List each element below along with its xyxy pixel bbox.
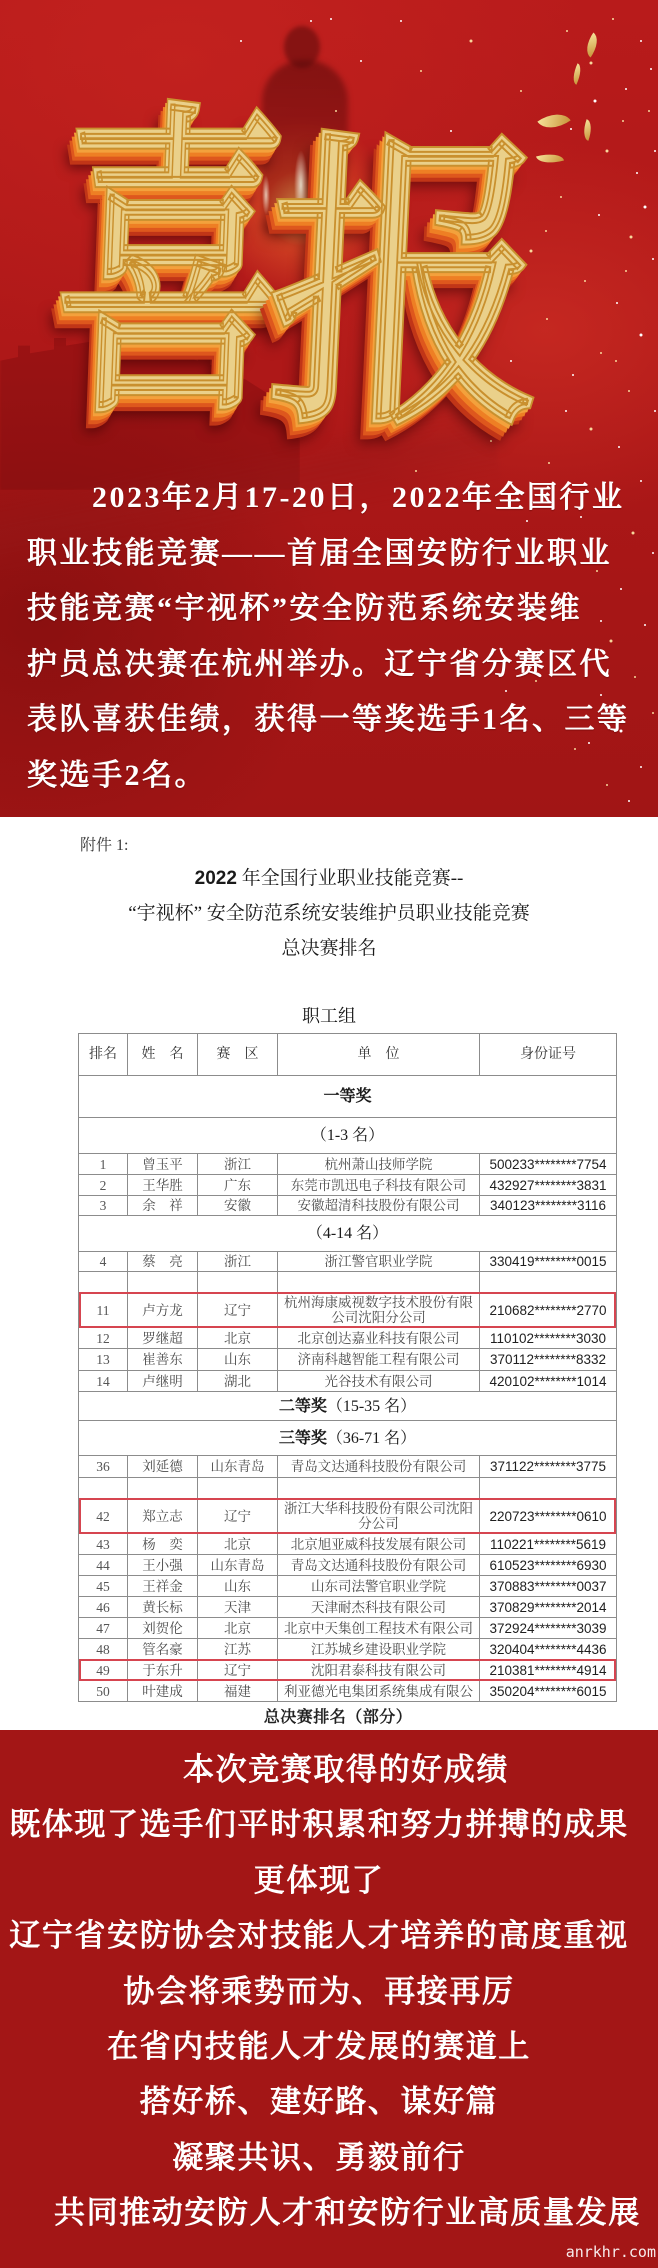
document-title-line-2: “宇视杯” 安全防范系统安装维护员职业技能竞赛 [0,902,658,926]
table-row: 47 刘贺伦 北京 北京中天集创工程技术有限公司 372924********3… [79,1618,616,1639]
name-cell: 王华胜 [127,1175,197,1195]
rank-cell: 2 [79,1175,127,1195]
rank-cell: 49 [79,1660,127,1680]
closing-statement: 本次竞赛取得的好成绩 既体现了选手们平时积累和努力拼搏的成果 更体现了 辽宁省安… [0,1730,658,2241]
rank-range-row: （4-14 名） [79,1216,616,1252]
gold-sparkles [0,0,2,2]
rank-cell [79,1478,127,1498]
id-cell: 370883********0037 [479,1576,616,1596]
gold-petal-icon [569,63,585,85]
region-cell: 北京 [197,1534,277,1554]
closing-line: 本次竞赛取得的好成绩 [0,1742,638,1797]
unit-cell: 光谷技术有限公司 [277,1371,479,1391]
id-cell: 210682********2770 [479,1293,616,1327]
name-cell [127,1478,197,1498]
region-cell: 北京 [197,1618,277,1638]
name-cell: 崔善东 [127,1349,197,1370]
rank-cell: 50 [79,1681,127,1701]
unit-cell [277,1272,479,1292]
unit-cell: 青岛文达通科技股份有限公司 [277,1555,479,1575]
region-cell: 湖北 [197,1371,277,1391]
table-row: 13 崔善东 山东 济南科越智能工程有限公司 370112********833… [79,1349,616,1371]
table-row: 14 卢继明 湖北 光谷技术有限公司 420102********1014 [79,1371,616,1392]
closing-line: 既体现了选手们平时积累和努力拼搏的成果 [0,1797,638,1852]
soldier-head-icon [284,26,320,68]
section-label: 二等奖（15-35 名） [79,1392,616,1420]
id-cell: 110102********3030 [479,1328,616,1348]
region-cell: 福建 [197,1681,277,1701]
name-cell: 曾玉平 [127,1154,197,1174]
region-cell: 浙江 [197,1252,277,1271]
section-label: 一等奖 [79,1076,616,1117]
name-cell: 刘贺伦 [127,1618,197,1638]
closing-line: 共同推动安防人才和安防行业高质量发展 [0,2185,638,2240]
unit-cell: 浙江大华科技股份有限公司沈阳分公司 [277,1499,479,1533]
section-label-bold: 二等奖 [279,1399,327,1414]
group-label: 职工组 [0,1004,658,1028]
name-cell: 郑立志 [127,1499,197,1533]
id-cell: 110221********5619 [479,1534,616,1554]
table-row: 4 蔡 亮 浙江 浙江警官职业学院 330419********0015 [79,1252,616,1272]
award-section-row: 三等奖（36-71 名） [79,1421,616,1456]
table-row: 44 王小强 山东青岛 青岛文达通科技股份有限公司 610523********… [79,1555,616,1576]
rank-cell [79,1272,127,1292]
id-cell: 370112********8332 [479,1349,616,1370]
ranking-document: 附件 1: 2022 年全国行业职业技能竞赛-- “宇视杯” 安全防范系统安装维… [0,817,658,1730]
region-cell: 天津 [197,1597,277,1617]
region-cell: 山东 [197,1349,277,1370]
name-cell: 卢继明 [127,1371,197,1391]
rank-cell: 13 [79,1349,127,1370]
section-label: （1-3 名） [79,1118,616,1153]
table-row: 36 刘延德 山东青岛 青岛文达通科技股份有限公司 371122********… [79,1456,616,1478]
rank-cell: 36 [79,1456,127,1477]
table-row: 12 罗继超 北京 北京创达嘉业科技有限公司 110102********303… [79,1328,616,1349]
attachment-label: 附件 1: [80,836,128,856]
name-cell: 余 祥 [127,1196,197,1215]
title-year: 2022 [195,868,237,889]
award-section-row: 一等奖 [79,1076,616,1118]
id-cell: 500233********7754 [479,1154,616,1174]
section-label: 三等奖（36-71 名） [79,1421,616,1455]
section-label-bold: 三等奖 [279,1431,327,1446]
header-name: 姓 名 [127,1034,197,1075]
name-cell: 叶建成 [127,1681,197,1701]
title-line-1-text: 年全国行业职业技能竞赛-- [237,868,463,889]
id-cell [479,1272,616,1292]
region-cell [197,1272,277,1292]
name-cell: 卢方龙 [127,1293,197,1327]
paragraph-line: 护员总决赛在杭州举办。辽宁省分赛区代 [27,637,658,693]
region-cell: 浙江 [197,1154,277,1174]
closing-line: 凝聚共识、勇毅前行 [0,2130,638,2185]
name-cell: 罗继超 [127,1328,197,1348]
rank-cell: 11 [79,1293,127,1327]
award-section-row: 二等奖（15-35 名） [79,1392,616,1421]
name-cell: 于东升 [127,1660,197,1680]
rank-cell: 44 [79,1555,127,1575]
closing-line: 在省内技能人才发展的赛道上 [0,2019,638,2074]
name-cell: 管名豪 [127,1639,197,1659]
region-cell: 广东 [197,1175,277,1195]
section-label-text: （15-35 名） [327,1399,416,1414]
closing-line: 辽宁省安防协会对技能人才培养的高度重视 [0,1908,638,1963]
gold-petal-icon [581,33,603,58]
name-cell: 王祥金 [127,1576,197,1596]
id-cell: 372924********3039 [479,1618,616,1638]
unit-cell: 沈阳君泰科技有限公司 [277,1660,479,1680]
gold-petal-icon [580,119,595,141]
paragraph-line: 2023年2月17-20日，2022年全国行业 [27,470,658,526]
rank-cell: 43 [79,1534,127,1554]
rank-cell: 14 [79,1371,127,1391]
unit-cell: 天津耐杰科技有限公司 [277,1597,479,1617]
table-row: 45 王祥金 山东 山东司法警官职业学院 370883********0037 [79,1576,616,1597]
id-cell: 420102********1014 [479,1371,616,1391]
closing-line: 协会将乘势而为、再接再厉 [0,1964,638,2019]
paragraph-line: 技能竞赛“宇视杯”安全防范系统安装维 [27,581,658,637]
id-cell: 432927********3831 [479,1175,616,1195]
ranking-table: 排名 姓 名 赛 区 单 位 身份证号 一等奖 （1-3 名） 1 曾玉平 浙江… [78,1033,617,1702]
header-id-number: 身份证号 [479,1034,616,1075]
table-row: 50 叶建成 福建 利亚德光电集团系统集成有限公 350204********6… [79,1681,616,1702]
section-label-text: （4-14 名） [307,1226,388,1241]
name-cell [127,1272,197,1292]
name-cell: 刘延德 [127,1456,197,1477]
table-header-row: 排名 姓 名 赛 区 单 位 身份证号 [79,1034,616,1076]
table-row: 43 杨 奕 北京 北京旭亚威科技发展有限公司 110221********56… [79,1534,616,1555]
hero-title-char-xi: 喜 [49,100,299,430]
id-cell: 320404********4436 [479,1639,616,1659]
unit-cell [277,1478,479,1498]
unit-cell: 北京旭亚威科技发展有限公司 [277,1534,479,1554]
id-cell: 350204********6015 [479,1681,616,1701]
paragraph-line: 职业技能竞赛——首届全国安防行业职业 [27,526,658,582]
table-row: 48 管名豪 江苏 江苏城乡建设职业学院 320404********4436 [79,1639,616,1660]
table-row: 3 余 祥 安徽 安徽超清科技股份有限公司 340123********3116 [79,1196,616,1216]
unit-cell: 杭州海康威视数字技术股份有限公司沈阳分公司 [277,1293,479,1327]
unit-cell: 北京中天集创工程技术有限公司 [277,1618,479,1638]
section-label-text: （1-3 名） [311,1128,384,1143]
paragraph-line: 奖选手2名。 [27,748,658,804]
id-cell: 210381********4914 [479,1660,616,1680]
id-cell: 220723********0610 [479,1499,616,1533]
table-row: 2 王华胜 广东 东莞市凯迅电子科技有限公司 432927********383… [79,1175,616,1196]
section-label: （4-14 名） [79,1216,616,1251]
region-cell: 山东青岛 [197,1456,277,1477]
document-title-line-1: 2022 年全国行业职业技能竞赛-- [0,867,658,891]
rank-cell: 3 [79,1196,127,1215]
unit-cell: 安徽超清科技股份有限公司 [277,1196,479,1215]
region-cell: 辽宁 [197,1499,277,1533]
table-caption: 总决赛排名（部分） [9,1707,658,1729]
unit-cell: 江苏城乡建设职业学院 [277,1639,479,1659]
empty-row [79,1272,616,1293]
closing-line: 更体现了 [0,1853,638,1908]
paragraph-line: 表队喜获佳绩，获得一等奖选手1名、三等 [27,692,658,748]
region-cell: 辽宁 [197,1293,277,1327]
announcement-paragraph: 2023年2月17-20日，2022年全国行业 职业技能竞赛——首届全国安防行业… [27,470,658,803]
rank-cell: 1 [79,1154,127,1174]
unit-cell: 浙江警官职业学院 [277,1252,479,1271]
name-cell: 王小强 [127,1555,197,1575]
id-cell: 330419********0015 [479,1252,616,1271]
rank-cell: 42 [79,1499,127,1533]
unit-cell: 青岛文达通科技股份有限公司 [277,1456,479,1477]
closing-line: 搭好桥、建好路、谋好篇 [0,2074,638,2129]
rank-range-row: （1-3 名） [79,1118,616,1154]
region-cell: 北京 [197,1328,277,1348]
header-unit: 单 位 [277,1034,479,1075]
highlighted-table-row: 11 卢方龙 辽宁 杭州海康威视数字技术股份有限公司沈阳分公司 210682**… [79,1293,616,1328]
header-rank: 排名 [79,1034,127,1075]
header-region: 赛 区 [197,1034,277,1075]
rank-cell: 48 [79,1639,127,1659]
rank-cell: 4 [79,1252,127,1271]
hero-banner: 喜 报 2023年2月17-20日，2022年全国行业 职业技能竞赛——首届全国… [0,0,658,817]
closing-banner: 本次竞赛取得的好成绩 既体现了选手们平时积累和努力拼搏的成果 更体现了 辽宁省安… [0,1730,658,2268]
rank-cell: 47 [79,1618,127,1638]
hero-title-char-bao: 报 [261,131,555,441]
unit-cell: 东莞市凯迅电子科技有限公司 [277,1175,479,1195]
table-row: 46 黄长标 天津 天津耐杰科技有限公司 370829********2014 [79,1597,616,1618]
empty-row [79,1478,616,1499]
id-cell: 370829********2014 [479,1597,616,1617]
section-label-bold: 一等奖 [323,1089,371,1104]
unit-cell: 济南科越智能工程有限公司 [277,1349,479,1370]
unit-cell: 杭州萧山技师学院 [277,1154,479,1174]
region-cell: 山东青岛 [197,1555,277,1575]
region-cell: 安徽 [197,1196,277,1215]
unit-cell: 山东司法警官职业学院 [277,1576,479,1596]
rank-cell: 12 [79,1328,127,1348]
highlighted-table-row: 49 于东升 辽宁 沈阳君泰科技有限公司 210381********4914 [79,1660,616,1681]
rank-cell: 45 [79,1576,127,1596]
id-cell: 371122********3775 [479,1456,616,1477]
region-cell [197,1478,277,1498]
section-label-text: （36-71 名） [327,1431,416,1446]
name-cell: 杨 奕 [127,1534,197,1554]
region-cell: 山东 [197,1576,277,1596]
document-title-line-3: 总决赛排名 [0,937,658,961]
unit-cell: 利亚德光电集团系统集成有限公 [277,1681,479,1701]
site-watermark: anrkhr.com [566,2243,656,2261]
id-cell: 340123********3116 [479,1196,616,1215]
id-cell [479,1478,616,1498]
rank-cell: 46 [79,1597,127,1617]
highlighted-table-row: 42 郑立志 辽宁 浙江大华科技股份有限公司沈阳分公司 220723******… [79,1499,616,1534]
region-cell: 辽宁 [197,1660,277,1680]
name-cell: 蔡 亮 [127,1252,197,1271]
name-cell: 黄长标 [127,1597,197,1617]
id-cell: 610523********6930 [479,1555,616,1575]
table-row: 1 曾玉平 浙江 杭州萧山技师学院 500233********7754 [79,1154,616,1175]
region-cell: 江苏 [197,1639,277,1659]
unit-cell: 北京创达嘉业科技有限公司 [277,1328,479,1348]
